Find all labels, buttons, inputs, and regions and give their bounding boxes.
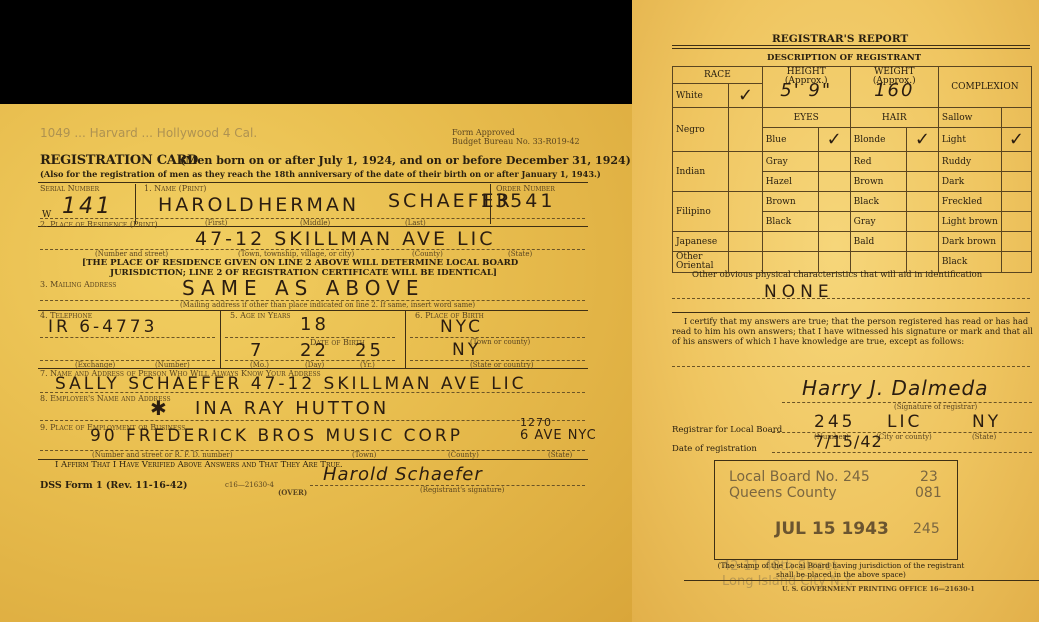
- complexion-ruddy-label: Ruddy: [938, 152, 1001, 172]
- hair-bald-label: Bald: [850, 232, 906, 252]
- eyes-brown-label: Brown: [762, 192, 818, 212]
- card-title: REGISTRATION CARD: [40, 153, 198, 168]
- other-characteristics-label: Other obvious physical characteristics t…: [692, 270, 982, 280]
- race-filipino-label: Filipino: [673, 192, 729, 232]
- registrar-report-back: REGISTRAR'S REPORT DESCRIPTION OF REGIST…: [632, 0, 1039, 622]
- eyes-blue-check-icon: ✓: [827, 129, 842, 150]
- complexion-dark-label: Dark: [938, 172, 1001, 192]
- description-table: RACE HEIGHT (Approx.) 5' 9" WEIGHT (Appr…: [672, 66, 1032, 273]
- hair-red-label: Red: [850, 152, 906, 172]
- mailing-address-label: 3. Mailing Address: [40, 280, 116, 289]
- contact-value: SALLY SCHAEFER 47-12 SKILLMAN AVE LIC: [55, 374, 527, 394]
- complexion-dark-brown-label: Dark brown: [938, 232, 1001, 252]
- local-board-city: LIC: [887, 412, 922, 432]
- complexion-header: COMPLEXION: [938, 67, 1031, 108]
- sublabel-rfd: (Number and street or R. F. D. number): [92, 451, 233, 459]
- date-of-registration-value: 7/15/42: [814, 432, 883, 451]
- telephone-value: IR 6-4773: [48, 317, 157, 337]
- complexion-freckled-label: Freckled: [938, 192, 1001, 212]
- report-title: REGISTRAR'S REPORT: [772, 33, 908, 45]
- order-number-value: 13541: [480, 190, 555, 212]
- race-white-check-icon: ✓: [738, 85, 753, 106]
- form-approved-label: Form Approved: [452, 128, 515, 137]
- printer-credit: U. S. GOVERNMENT PRINTING OFFICE 16—2163…: [782, 585, 975, 593]
- also-for-note: (Also for the registration of men as the…: [40, 169, 601, 179]
- race-white-label: White: [673, 84, 729, 108]
- dob-year: 25: [355, 340, 384, 361]
- employer-star: ✱: [150, 396, 170, 420]
- sublabel-registrant-signature: (Registrant's signature): [420, 486, 504, 494]
- hair-header: HAIR: [850, 108, 938, 128]
- age-label: 5. Age in Years: [230, 311, 290, 320]
- other-characteristics-value: NONE: [764, 282, 834, 302]
- complexion-light-brown-label: Light brown: [938, 212, 1001, 232]
- eyes-black-label: Black: [762, 212, 818, 232]
- eyes-hazel-label: Hazel: [762, 172, 818, 192]
- employer-value: INA RAY HUTTON: [195, 398, 389, 419]
- residence-value: 47-12 SKILLMAN AVE LIC: [195, 228, 495, 250]
- race-japanese-label: Japanese: [673, 232, 729, 252]
- eyes-gray-label: Gray: [762, 152, 818, 172]
- date-of-registration-label: Date of registration: [672, 444, 757, 454]
- hair-blonde-check-icon: ✓: [915, 129, 930, 150]
- stamp-board-code: 23: [920, 469, 938, 485]
- sublabel-board-state: (State): [972, 433, 996, 441]
- employment-value: 90 FREDERICK BROS MUSIC CORP: [90, 426, 463, 446]
- eyes-blue-label: Blue: [762, 128, 818, 152]
- height-value: 5' 9": [780, 80, 832, 101]
- card-eligibility: (Men born on or after July 1, 1924, and …: [180, 154, 631, 167]
- serial-number-value: 141: [62, 194, 113, 219]
- jurisdiction-notice-line1: [THE PLACE OF RESIDENCE GIVEN ON LINE 2 …: [82, 258, 518, 268]
- complexion-sallow-label: Sallow: [938, 108, 1001, 128]
- dob-day: 22: [300, 340, 329, 361]
- name-middle: HERMAN: [258, 194, 359, 216]
- hair-gray-label: Gray: [850, 212, 906, 232]
- stamp-instruction-note: (The stamp of the Local Board having jur…: [716, 561, 966, 579]
- sublabel-board-city: (City or county): [876, 433, 932, 441]
- sublabel-county: (County): [412, 250, 443, 258]
- local-board-stamp: Local Board No. 245 23 Queens County 081…: [714, 460, 958, 560]
- faint-handwritten-header: 1049 ... Harvard ... Hollywood 4 Cal.: [40, 126, 257, 140]
- serial-number-label: Serial Number: [40, 184, 99, 193]
- stamp-date: JUL 15 1943: [775, 519, 889, 539]
- affirmation-text: I Affirm That I Have Verified Above Answ…: [55, 460, 343, 470]
- weight-value: 160: [874, 80, 914, 101]
- name-first: HAROLD: [158, 194, 257, 216]
- registrar-signature: Harry J. Dalmeda: [802, 376, 989, 400]
- sublabel-county-2: (County): [448, 451, 479, 459]
- stamp-date-code: 245: [913, 521, 940, 537]
- registrant-signature: Harold Schaefer: [323, 464, 483, 485]
- certification-text: I certify that my answers are true; that…: [672, 316, 1034, 346]
- complexion-light-check-icon: ✓: [1009, 129, 1024, 150]
- birthplace-state: NY: [452, 340, 481, 360]
- mailing-sublabel: (Mailing address if other than place ind…: [180, 301, 475, 309]
- race-negro-label: Negro: [673, 108, 729, 152]
- local-board-label: Registrar for Local Board: [672, 425, 782, 435]
- local-board-state: NY: [972, 412, 1001, 432]
- residence-label: 2. Place of Residence (Print): [40, 220, 158, 229]
- eyes-header: EYES: [762, 108, 850, 128]
- report-subtitle: DESCRIPTION OF REGISTRANT: [767, 53, 921, 63]
- local-board-number: 245: [814, 412, 855, 432]
- stamp-county: Queens County: [729, 485, 837, 501]
- stamp-county-code: 081: [915, 485, 942, 501]
- dob-month: 7: [250, 340, 264, 361]
- age-value: 18: [300, 314, 329, 335]
- sublabel-number-street: (Number and street): [95, 250, 168, 258]
- employment-extra: 6 AVE NYC: [520, 428, 597, 443]
- over-label: (OVER): [278, 488, 307, 497]
- sublabel-town-2: (Town): [352, 451, 376, 459]
- birthplace-town: NYC: [440, 317, 483, 337]
- budget-bureau-number: Budget Bureau No. 33-R019-42: [452, 137, 580, 146]
- form-id: DSS Form 1 (Rev. 11-16-42): [40, 480, 188, 491]
- race-indian-label: Indian: [673, 152, 729, 192]
- sublabel-registrar-signature: (Signature of registrar): [894, 403, 977, 411]
- hair-brown-label: Brown: [850, 172, 906, 192]
- name-label: 1. Name (Print): [144, 184, 206, 193]
- stamp-board-number: Local Board No. 245: [729, 469, 870, 485]
- registration-card-front: 1049 ... Harvard ... Hollywood 4 Cal. Fo…: [0, 104, 632, 622]
- sublabel-town: (Town, township, village, or city): [238, 250, 354, 258]
- sublabel-state: (State): [508, 250, 532, 258]
- hair-blonde-label: Blonde: [850, 128, 906, 152]
- mailing-address-value: SAME AS ABOVE: [182, 276, 425, 300]
- hair-black-label: Black: [850, 192, 906, 212]
- race-header: RACE: [673, 67, 763, 84]
- complexion-light-label: Light: [938, 128, 1001, 152]
- sublabel-state-2: (State): [548, 451, 572, 459]
- print-code: c16—21630-4: [225, 481, 274, 489]
